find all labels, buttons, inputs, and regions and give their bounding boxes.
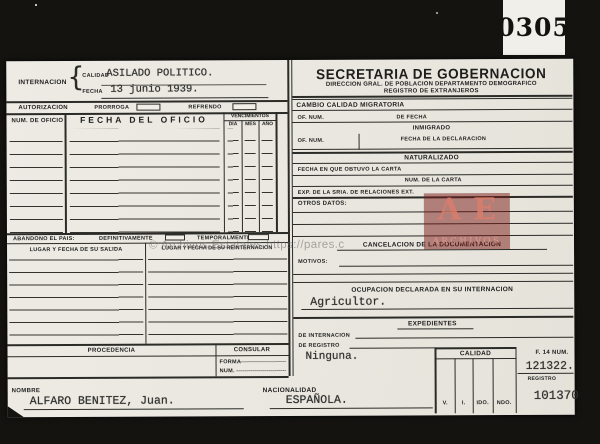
otros-datos-label: OTROS DATOS: — [298, 201, 347, 208]
rule — [287, 60, 290, 376]
nombre-label: NOMBRE — [12, 388, 40, 395]
consular-header: CONSULAR — [215, 347, 288, 354]
card-corner-notch — [8, 406, 24, 417]
rule — [293, 174, 573, 176]
ano-header: AÑO — [259, 122, 275, 128]
of-num-label-1: OF. NUM. — [297, 115, 324, 121]
de-registro-label: DE REGISTRO — [298, 343, 339, 349]
naturalizado-label: NATURALIZADO — [291, 154, 573, 162]
num-label: NUM. — [220, 368, 235, 374]
expedientes-header: EXPEDIENTES — [291, 320, 573, 328]
f14-label: F. 14 NUM. — [535, 350, 568, 357]
rule — [293, 185, 573, 187]
rule — [397, 328, 473, 329]
calidad-value: ASILADO POLITICO. — [106, 68, 213, 79]
rule — [24, 408, 244, 410]
col-ndo-label: NDO. — [494, 400, 515, 406]
rule — [359, 134, 360, 150]
calidad-label: CALIDAD — [82, 73, 109, 79]
forma-label: FORMA — [220, 359, 242, 365]
scan-noise-specks — [0, 0, 2, 2]
definitivamente-label: DEFINITIVAMENTE — [99, 236, 153, 242]
refrendo-checkbox — [232, 103, 256, 110]
rule — [8, 376, 289, 379]
archive-logo-watermark: AE ARCHIVOS — [424, 193, 510, 249]
registro-label: REGISTRO — [528, 377, 557, 383]
ocupacion-value: Agricultor. — [310, 297, 386, 309]
registro-value: 101370 — [534, 390, 579, 403]
rule — [435, 358, 517, 359]
fecha-label: FECHA — [82, 89, 102, 95]
vencimientos-header: VENCIMIENTOS — [224, 114, 275, 120]
col-i-label: I. — [456, 400, 472, 406]
col-ido-label: IDO. — [474, 400, 492, 406]
dotted-line — [237, 369, 286, 371]
col-v-label: V. — [437, 400, 454, 406]
rule — [293, 273, 573, 275]
rule — [349, 347, 434, 348]
blank-rows — [148, 247, 287, 338]
rule — [7, 343, 288, 346]
blank-rows — [70, 128, 220, 234]
rule — [434, 347, 516, 349]
exp-sria-label: EXP. DE LA SRIA. DE RELACIONES EXT. — [298, 189, 414, 196]
rule — [293, 162, 573, 164]
rule — [293, 148, 573, 150]
f14-value: 121322. — [526, 361, 574, 373]
dotted-line — [241, 360, 286, 362]
blank-rows — [228, 128, 239, 233]
archive-logo-letters: AE — [424, 193, 510, 226]
archive-logo-caption: ARCHIVOS — [424, 236, 510, 246]
rule — [216, 355, 289, 356]
procedencia-header: PROCEDENCIA — [7, 347, 215, 355]
autorizacion-label: AUTORIZACION — [18, 105, 68, 112]
calidad-grid-header: CALIDAD — [434, 350, 516, 357]
internacion-label: INTERNACION — [18, 79, 66, 86]
blank-rows — [245, 128, 256, 233]
page-number-strip: 0305 — [503, 0, 565, 55]
abandono-label: ABANDONO EL PAIS: — [13, 236, 75, 242]
expedientes-value: Ninguna. — [305, 352, 358, 363]
of-num-label-2: OF. NUM. — [298, 138, 325, 144]
rule — [145, 243, 146, 344]
rule — [339, 265, 573, 267]
archive-url-watermark: © Archivos Estatales https://pares.c — [149, 239, 345, 252]
de-fecha-label: DE FECHA — [396, 114, 427, 120]
rule — [241, 120, 242, 232]
cambio-calidad-header: CAMBIO CALIDAD MIGRATORIA — [296, 102, 404, 110]
inmigrado-label: INMIGRADO — [291, 125, 573, 133]
registration-card: INTERNACION { CALIDAD ASILADO POLITICO. … — [6, 59, 575, 417]
motivos-label: MOTIVOS: — [298, 259, 328, 265]
ocupacion-header: OCUPACION DECLARADA EN SU INTERNACION — [291, 286, 573, 294]
blank-rows — [10, 129, 63, 234]
rule — [270, 407, 433, 409]
blank-rows — [9, 248, 143, 339]
blank-rows — [262, 128, 273, 233]
nacionalidad-value: ESPAÑOLA. — [286, 395, 348, 407]
fecha-carta-label: FECHA EN QUE OBTUVO LA CARTA — [298, 167, 402, 173]
page-number: 0305 — [497, 13, 571, 42]
prorroga-checkbox — [136, 104, 160, 111]
rule — [275, 112, 278, 232]
secretaria-title: SECRETARIA DE GOBERNACION — [290, 65, 572, 82]
dia-header: DIA — [224, 122, 241, 128]
nombre-value: ALFARO BENITEZ, Juan. — [30, 396, 175, 408]
fecha-declaracion-label: FECHA DE LA DECLARACION — [401, 136, 487, 142]
prorroga-label: PRORROGA — [94, 105, 129, 111]
de-internacion-label: DE INTERNACION — [298, 333, 350, 339]
rule — [293, 281, 573, 283]
rule — [8, 355, 216, 357]
num-carta-label: NUM. DE LA CARTA — [405, 177, 462, 183]
rule — [292, 109, 572, 111]
rule — [355, 337, 573, 339]
rule — [518, 373, 574, 374]
refrendo-label: REFRENDO — [188, 104, 221, 110]
rule — [292, 98, 572, 100]
rule — [291, 60, 293, 376]
fecha-oficio-header: FECHA DEL OFICIO — [66, 115, 221, 125]
rule — [293, 316, 573, 319]
rule — [101, 97, 268, 99]
fecha-value: 13 junio 1939. — [110, 84, 198, 95]
mes-header: MES — [242, 122, 258, 128]
rule — [223, 112, 225, 232]
num-oficio-header: NUM. DE OFICIO — [11, 118, 63, 125]
rule — [64, 113, 67, 233]
rule — [301, 308, 573, 310]
rule — [292, 121, 572, 123]
rule — [258, 120, 259, 232]
